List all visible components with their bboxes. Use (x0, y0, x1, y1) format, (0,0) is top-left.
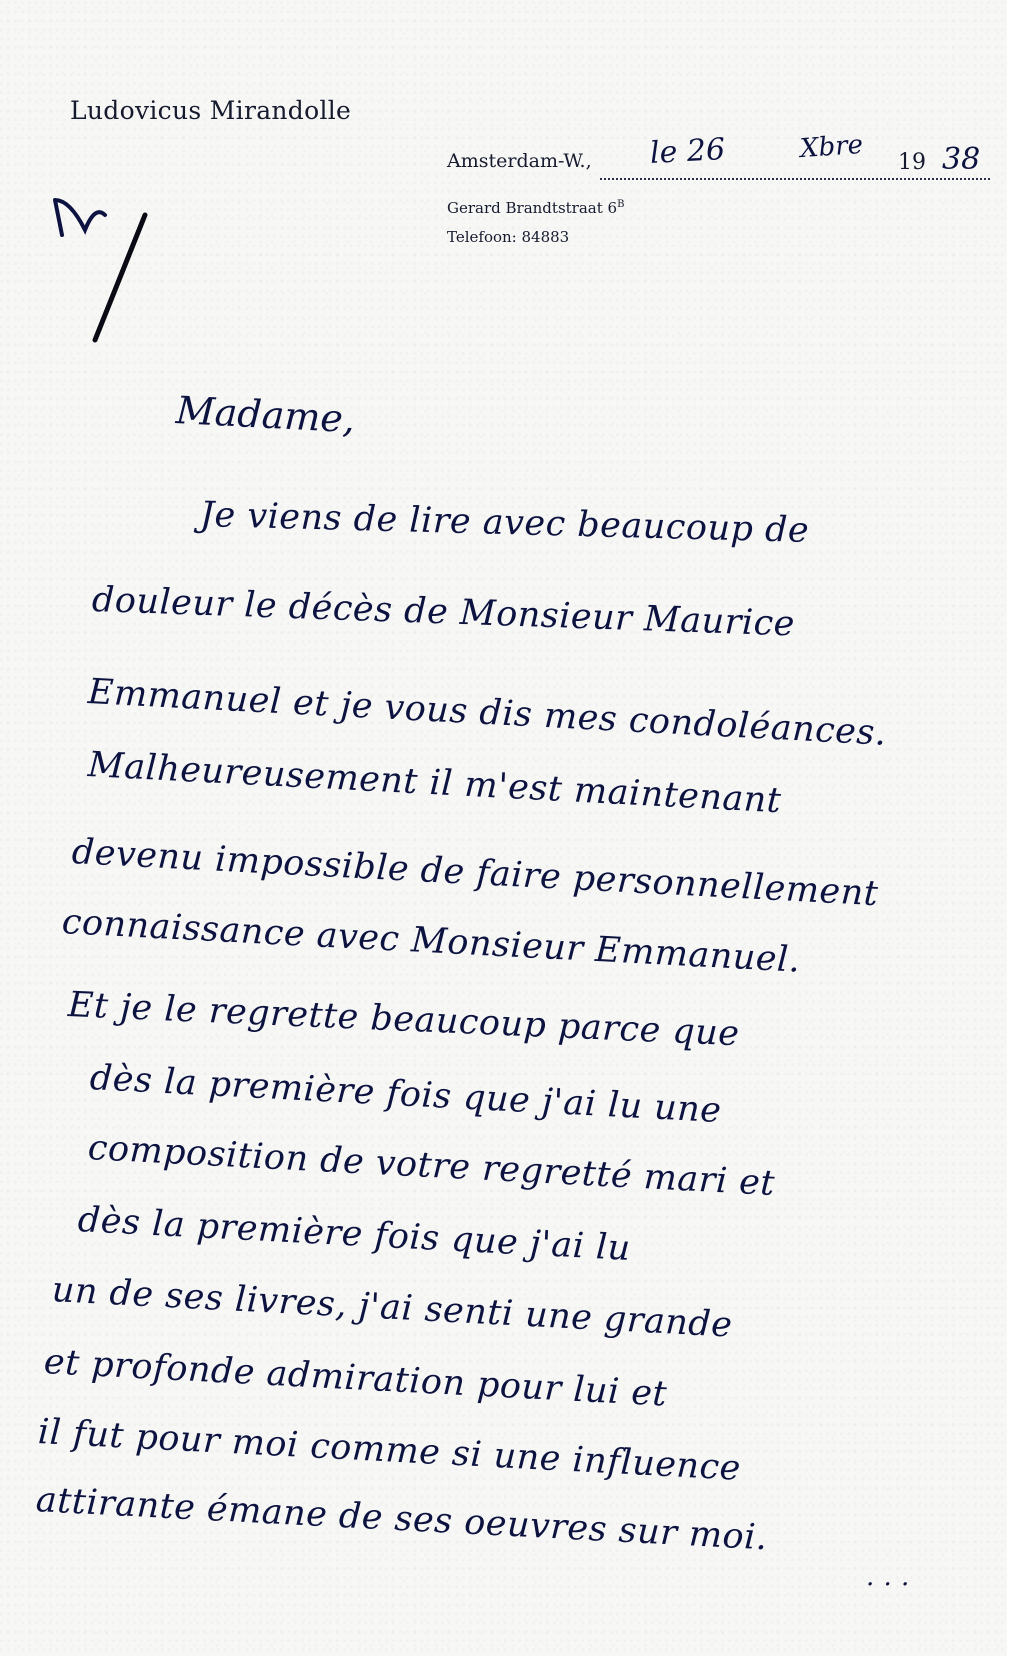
address-street: Gerard Brandtstraat 6 (447, 199, 617, 217)
letter-line: et profonde admiration pour lui et (43, 1342, 668, 1415)
letter-line: composition de votre regretté mari et (87, 1128, 776, 1204)
letterhead-address: Gerard Brandtstraat 6B (447, 199, 624, 217)
letter-line: Malheureusement il m'est maintenant (87, 745, 782, 821)
continuation-dots: . . . (866, 1562, 910, 1592)
letterhead-place: Amsterdam-W., (447, 150, 592, 172)
letter-line: un de ses livres, j'ai senti une grande (51, 1270, 734, 1346)
letter-line: dès la première fois que j'ai lu une (89, 1058, 723, 1131)
letterhead-name: Ludovicus Mirandolle (70, 96, 351, 125)
letter-line: dès la première fois que j'ai lu (77, 1200, 632, 1269)
date-dotted-line (600, 178, 990, 180)
letter-line: douleur le décès de Monsieur Maurice (91, 580, 795, 645)
letter-line: Emmanuel et je vous dis mes condoléances… (87, 672, 888, 754)
handwritten-day: le 26 (649, 132, 726, 171)
scan-edge (1007, 0, 1029, 1656)
letterhead-telephone: Telefoon: 84883 (447, 228, 569, 246)
letter-line: Je viens de lire avec beaucoup de (199, 495, 809, 551)
address-suffix: B (617, 199, 624, 210)
letter-line: attirante émane de ses oeuvres sur moi. (35, 1480, 769, 1558)
letter-page: Ludovicus Mirandolle Amsterdam-W., le 26… (0, 0, 1029, 1656)
letter-line: il fut pour moi comme si une influence (37, 1412, 742, 1489)
letter-line: Et je le regrette beaucoup parce que (67, 985, 740, 1054)
handwritten-month: Xbre (799, 130, 864, 164)
margin-page-mark-icon (50, 195, 160, 345)
handwritten-year: 38 (942, 142, 980, 177)
letter-line: connaissance avec Monsieur Emmanuel. (61, 902, 801, 981)
letter-line: devenu impossible de faire personnelleme… (71, 832, 879, 914)
printed-year: 19 (898, 150, 926, 175)
salutation: Madame, (175, 388, 356, 441)
